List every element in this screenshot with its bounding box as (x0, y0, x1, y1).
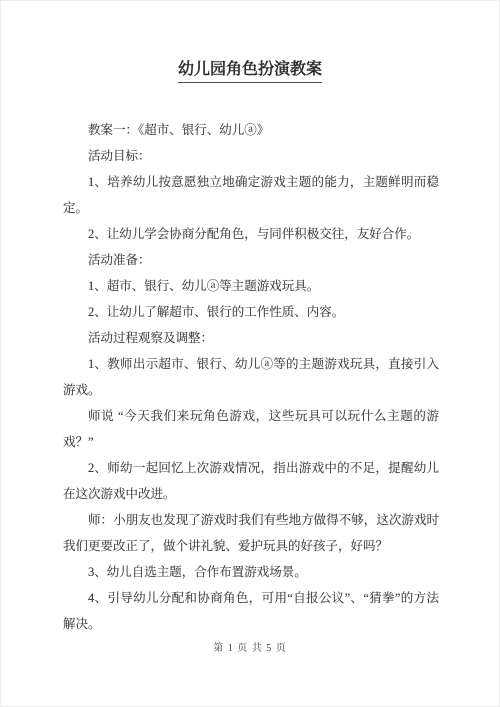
document-body: 教案一：《超市、银行、幼儿ⓐ》活动目标：1、培养幼儿按意愿独立地确定游戏主题的能… (63, 117, 439, 637)
paragraph: 师说 “今天我们来玩角色游戏，这些玩具可以玩什么主题的游戏？” (63, 403, 439, 455)
paragraph: 1、教师出示超市、银行、幼儿ⓐ等的主题游戏玩具，直接引入游戏。 (63, 351, 439, 403)
page-title: 幼儿园角色扮演教案 (1, 1, 499, 83)
paragraph: 教案一：《超市、银行、幼儿ⓐ》 (63, 117, 439, 143)
paragraph: 3、幼儿自选主题，合作布置游戏场景。 (63, 559, 439, 585)
paragraph: 活动目标： (63, 143, 439, 169)
paragraph: 4、引导幼儿分配和协商角色，可用“自报公议”、“猜拳”的方法解决。 (63, 585, 439, 637)
paragraph: 1、超市、银行、幼儿ⓐ等主题游戏玩具。 (63, 273, 439, 299)
paragraph: 活动过程观察及调整： (63, 325, 439, 351)
paragraph: 2、师幼一起回忆上次游戏情况，指出游戏中的不足，提醒幼儿在这次游戏中改进。 (63, 455, 439, 507)
page-number-footer: 第 1 页 共 5 页 (1, 639, 499, 654)
paragraph: 2、让幼儿了解超市、银行的工作性质、内容。 (63, 299, 439, 325)
paragraph: 1、培养幼儿按意愿独立地确定游戏主题的能力，主题鲜明而稳定。 (63, 169, 439, 221)
page-title-text: 幼儿园角色扮演教案 (178, 59, 322, 83)
document-page: 幼儿园角色扮演教案 教案一：《超市、银行、幼儿ⓐ》活动目标：1、培养幼儿按意愿独… (0, 0, 500, 707)
paragraph: 2、让幼儿学会协商分配角色，与同伴积极交往，友好合作。 (63, 221, 439, 247)
paragraph: 师：小朋友也发现了游戏时我们有些地方做得不够，这次游戏时我们更要改正了，做个讲礼… (63, 507, 439, 559)
paragraph: 活动准备： (63, 247, 439, 273)
